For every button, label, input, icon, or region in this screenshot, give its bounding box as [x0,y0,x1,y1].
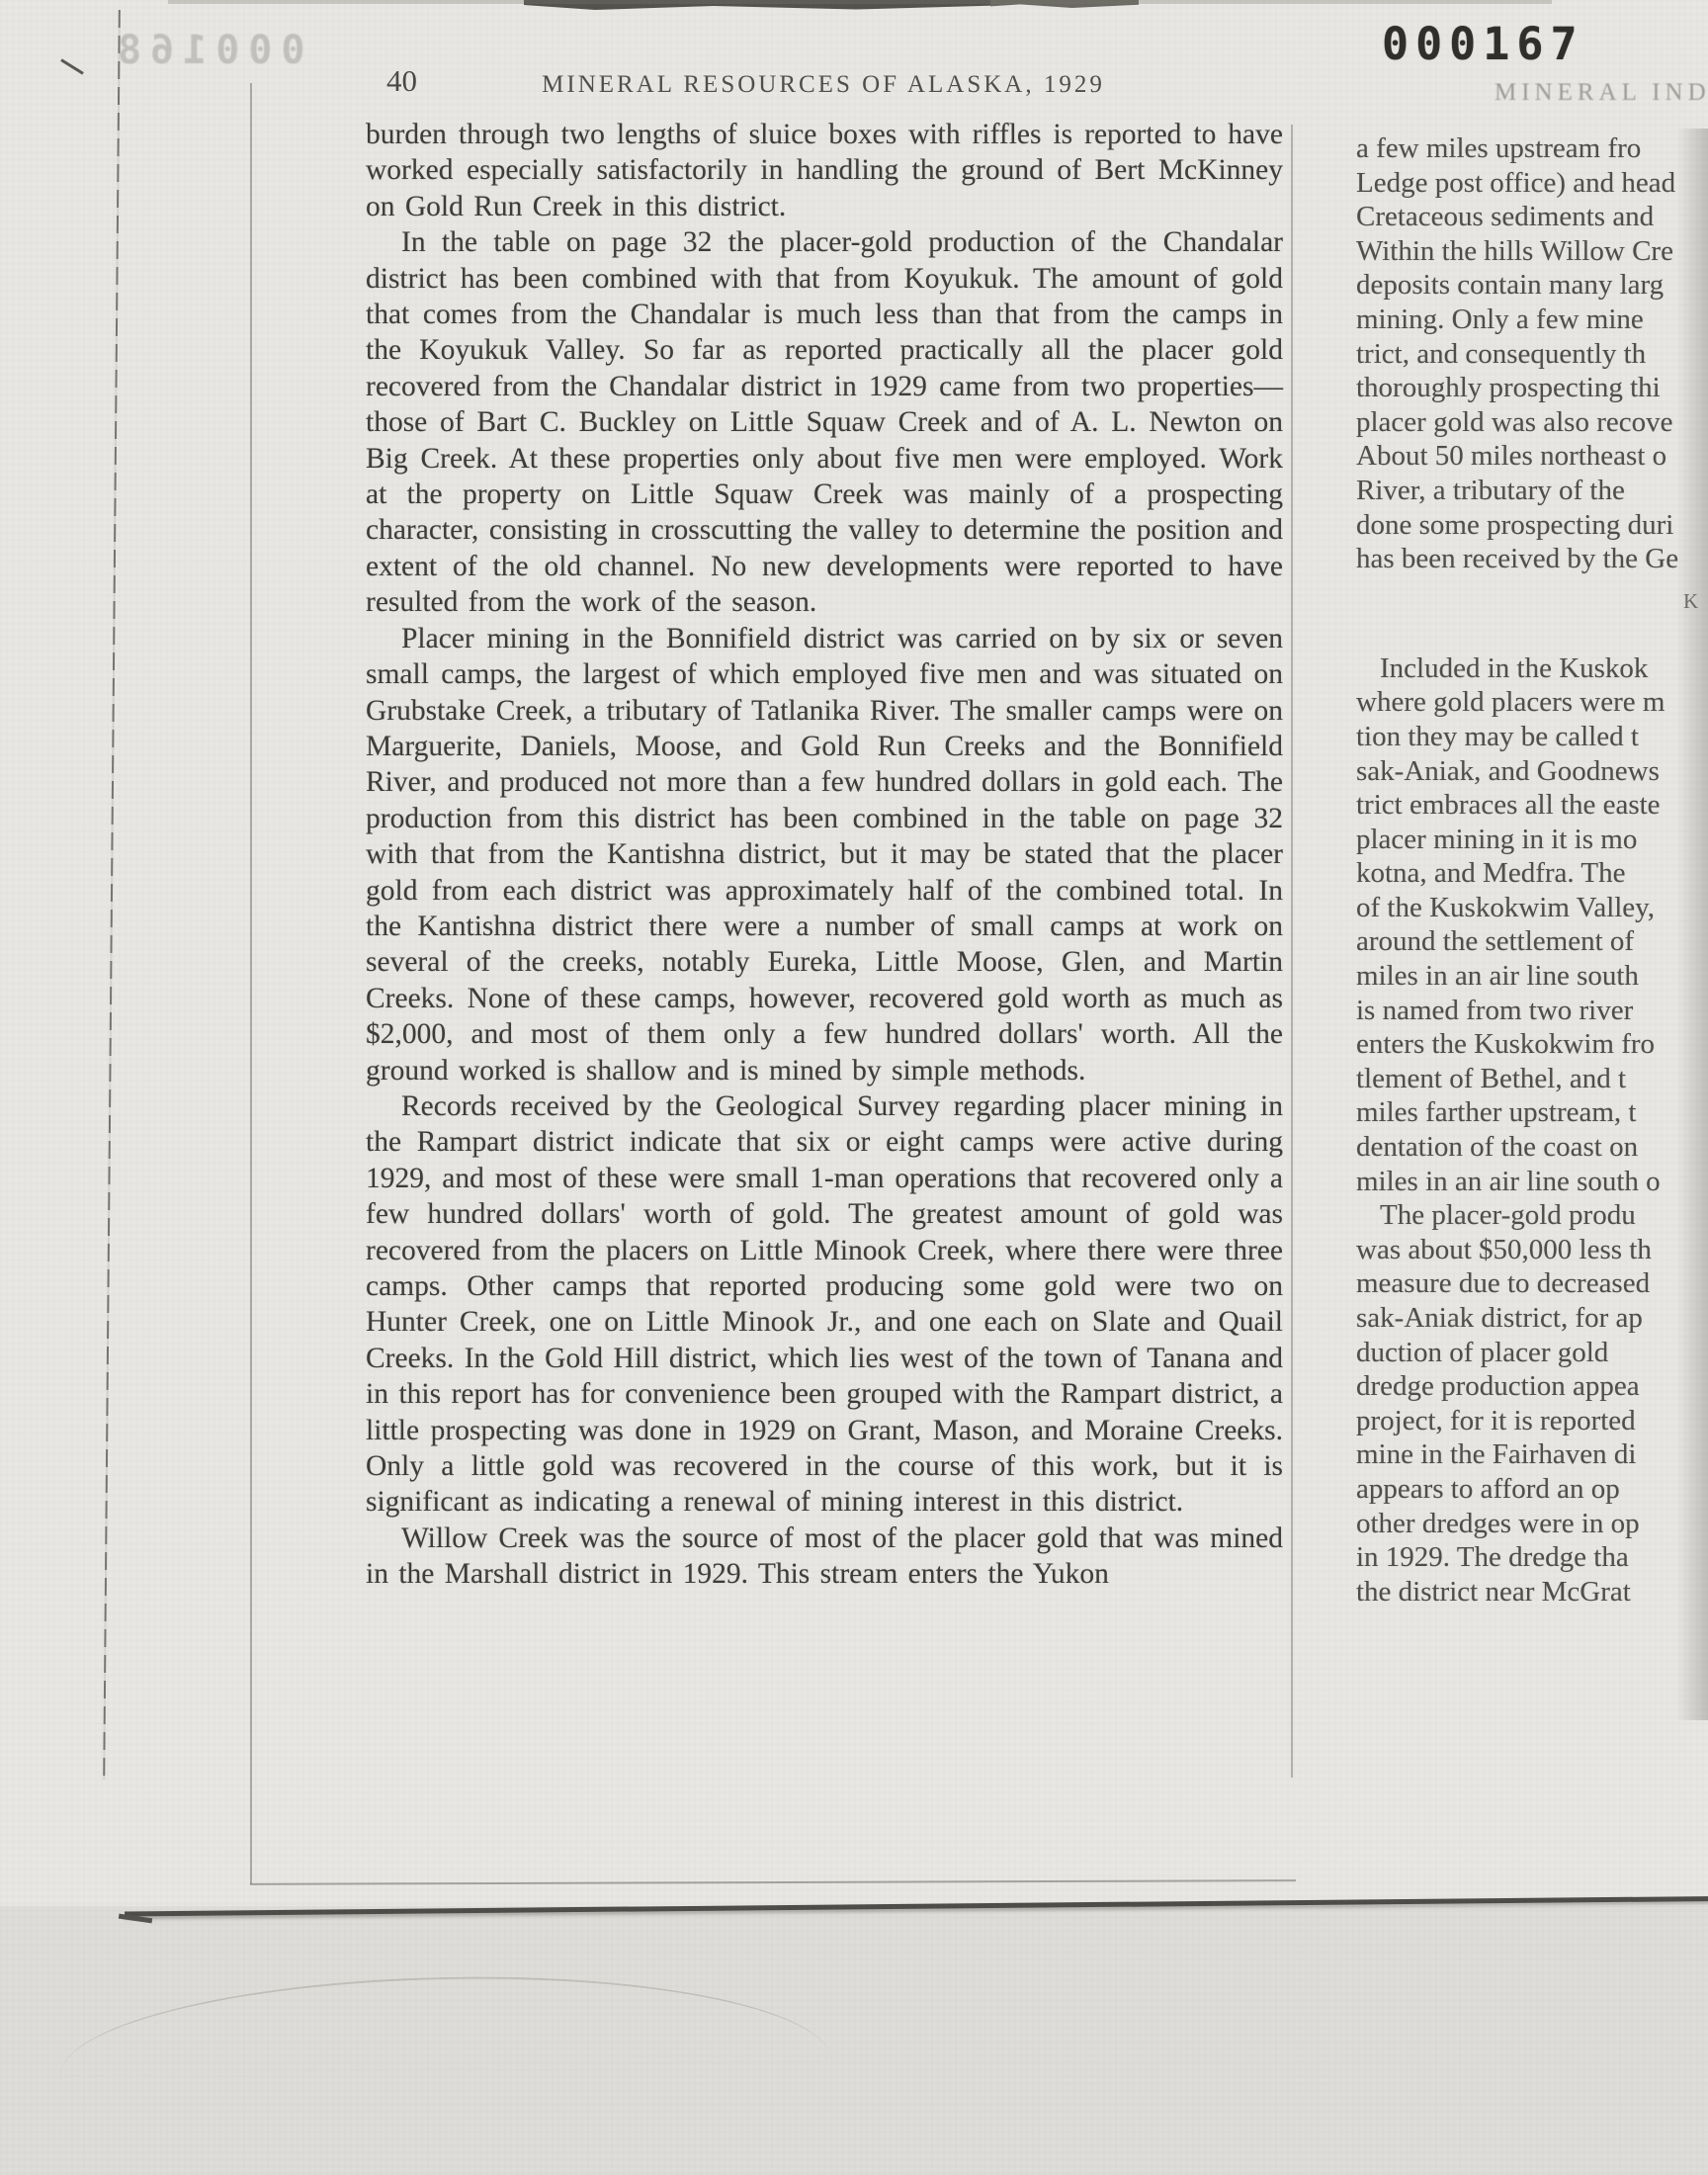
text-line: dredge production appea [1356,1369,1708,1404]
text-line: where gold placers were m [1356,685,1708,720]
text-line: The placer-gold produ [1356,1198,1708,1233]
text-line: trict embraces all the easte [1356,788,1708,823]
text-line: the district near McGrat [1356,1575,1708,1609]
text-line: deposits contain many larg [1356,268,1708,303]
margin-mark [60,58,84,74]
text-line: other dredges were in op [1356,1507,1708,1541]
page-frame-left-line [250,83,252,1884]
text-line: mine in the Fairhaven di [1356,1437,1708,1472]
text-line: miles in an air line south [1356,959,1708,994]
paragraph: In the table on page 32 the placer-gold … [366,224,1283,620]
text-line: was about $50,000 less th [1356,1233,1708,1267]
running-header: MINERAL RESOURCES OF ALASKA, 1929 [364,71,1283,99]
text-line: enters the Kuskokwim fro [1356,1027,1708,1062]
text-line: tlement of Bethel, and t [1356,1062,1708,1096]
right-column-text: a few miles upstream froLedge post offic… [1356,131,1708,1609]
adjacent-page-running-header: MINERAL IND [1494,79,1708,107]
text-line: mining. Only a few mine [1356,303,1708,337]
text-line: tion they may be called t [1356,720,1708,754]
text-line: About 50 miles northeast o [1356,439,1708,474]
serial-number-stamp: 000167 [1382,18,1584,70]
top-edge-shadow [168,0,1552,4]
text-line: has been received by the Ge [1356,542,1708,576]
text-line: is named from two river [1356,994,1708,1028]
scanned-page: 000168 000167 MINERAL IND 40 MINERAL RES… [0,0,1708,2175]
fold-line [103,10,121,1780]
page-frame-right-line [1291,125,1293,1778]
paragraph: burden through two lengths of sluice box… [366,117,1283,224]
right-column-block: The placer-gold produwas about $50,000 l… [1356,1198,1708,1609]
text-line: around the settlement of [1356,924,1708,959]
text-line: placer gold was also recove [1356,405,1708,440]
text-line: Included in the Kuskok [1356,652,1708,686]
text-line: thoroughly prospecting thi [1356,371,1708,405]
page-frame-bottom-line [250,1879,1296,1885]
left-column-text: burden through two lengths of sluice box… [366,117,1283,1593]
text-line: Cretaceous sediments and [1356,200,1708,234]
text-line: sak-Aniak, and Goodnews [1356,754,1708,789]
paragraph: Records received by the Geological Surve… [366,1088,1283,1521]
text-line: Ledge post office) and head [1356,166,1708,201]
text-line: trict, and consequently th [1356,337,1708,372]
text-line: measure due to decreased [1356,1266,1708,1301]
text-line: done some prospecting duri [1356,508,1708,543]
text-line: miles in an air line south o [1356,1165,1708,1199]
text-line: Within the hills Willow Cre [1356,234,1708,269]
text-line: appears to afford an op [1356,1472,1708,1507]
text-line: dentation of the coast on [1356,1130,1708,1165]
text-line: River, a tributary of the [1356,474,1708,508]
right-column-block: a few miles upstream froLedge post offic… [1356,131,1708,576]
text-line: project, for it is reported [1356,1404,1708,1438]
bleed-through-stamp: 000168 [109,28,305,73]
text-line: a few miles upstream fro [1356,131,1708,166]
text-line: sak-Aniak district, for ap [1356,1301,1708,1336]
paragraph: Willow Creek was the source of most of t… [366,1521,1283,1593]
text-line: miles farther upstream, t [1356,1095,1708,1130]
text-line: duction of placer gold [1356,1336,1708,1370]
text-line: in 1929. The dredge tha [1356,1540,1708,1575]
right-column-block: Included in the Kuskokwhere gold placers… [1356,652,1708,1199]
text-line: of the Kuskokwim Valley, [1356,891,1708,925]
text-line: kotna, and Medfra. The [1356,856,1708,891]
text-line: placer mining in it is mo [1356,823,1708,857]
paragraph: Placer mining in the Bonnifield district… [366,621,1283,1088]
